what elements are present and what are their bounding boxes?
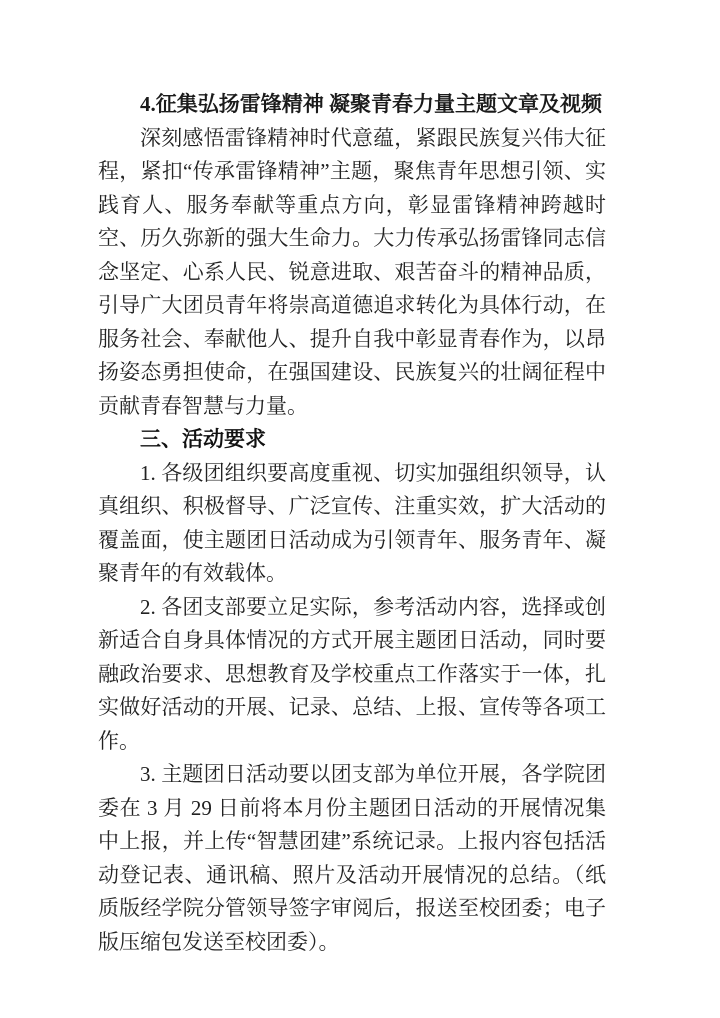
- requirement-item-2: 2. 各团支部要立足实际，参考活动内容，选择或创新适合自身具体情况的方式开展主题…: [98, 591, 606, 759]
- paragraph-leifeng-spirit: 深刻感悟雷锋精神时代意蕴，紧跟民族复兴伟大征程，紧扣“传承雷锋精神”主题，聚焦青…: [98, 122, 606, 424]
- requirement-item-3: 3. 主题团日活动要以团支部为单位开展，各学院团委在 3 月 29 日前将本月份…: [98, 758, 606, 959]
- requirement-item-1: 1. 各级团组织要高度重视、切实加强组织领导，认真组织、积极督导、广泛宣传、注重…: [98, 457, 606, 591]
- document-content: 4.征集弘扬雷锋精神 凝聚青春力量主题文章及视频 深刻感悟雷锋精神时代意蕴，紧跟…: [98, 88, 606, 959]
- section-heading-activity-requirements: 三、活动要求: [98, 423, 606, 457]
- document-page: 4.征集弘扬雷锋精神 凝聚青春力量主题文章及视频 深刻感悟雷锋精神时代意蕴，紧跟…: [0, 0, 720, 1018]
- heading-activity-item-4: 4.征集弘扬雷锋精神 凝聚青春力量主题文章及视频: [98, 88, 606, 122]
